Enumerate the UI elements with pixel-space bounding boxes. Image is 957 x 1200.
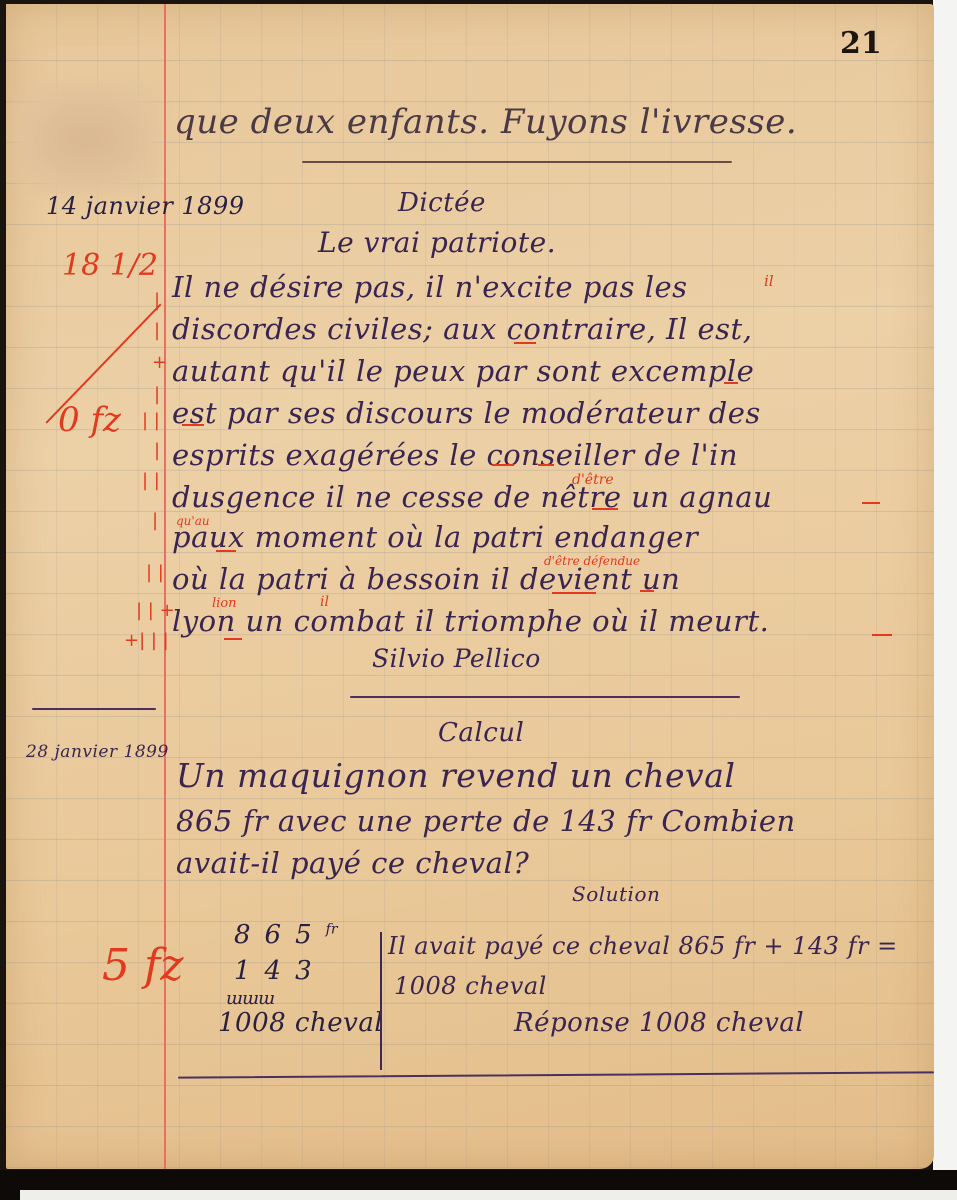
dictee-title: Le vrai patriote. <box>318 226 556 259</box>
margin-tally: | <box>154 442 160 460</box>
correction-il-2: il <box>320 594 329 610</box>
calcul-grade: 5 fz <box>102 940 183 991</box>
problem-line-2: 865 fr avec une perte de 143 fr Combien <box>176 804 796 838</box>
correction-lion: lion <box>212 596 237 611</box>
solution-line-2: 1008 cheval <box>394 972 547 1000</box>
error-mark <box>538 464 554 466</box>
page-number: 21 <box>840 26 882 61</box>
correction-il: il <box>764 272 774 290</box>
carryover-line: que deux enfants. Fuyons l'ivresse. <box>174 102 797 142</box>
dictee-line-3: autant qu'il le peux par sont excemple <box>172 354 754 388</box>
margin-tally: | | <box>146 564 164 582</box>
scan-background-strip <box>933 0 957 1200</box>
margin-tally: +| | | <box>124 632 169 650</box>
margin-tally: | <box>154 322 160 340</box>
correction-detre-defendue: d'être défendue <box>544 554 640 568</box>
notebook-page: 21 que deux enfants. Fuyons l'ivresse. 1… <box>6 4 934 1169</box>
error-mark <box>492 464 514 466</box>
error-mark <box>552 592 596 594</box>
dictee-line-7: paux moment où la patri endanger <box>172 520 698 554</box>
correction-quau: qu'au <box>176 514 210 528</box>
solution-line-1: Il avait payé ce cheval 865 fr + 143 fr … <box>388 932 898 960</box>
section-divider <box>302 161 732 163</box>
dictee-line-4: est par ses discours le modérateur des <box>172 396 761 430</box>
dictee-date: 14 janvier 1899 <box>46 192 245 220</box>
dictee-line-1: Il ne désire pas, il n'excite pas les <box>172 270 688 304</box>
solution-separator <box>380 932 382 1070</box>
digit: 6 <box>265 920 296 950</box>
margin-tally: | <box>154 386 160 404</box>
error-mark <box>872 634 892 636</box>
error-mark <box>224 638 242 640</box>
unit: fr <box>326 921 338 937</box>
calcul-date: 28 janvier 1899 <box>26 742 169 762</box>
dictee-grade: 18 1/2 <box>62 248 158 283</box>
dictee-line-5: esprits exagérées le conseiller de l'in <box>172 438 738 472</box>
error-mark <box>592 508 618 510</box>
dictee-line-6: dusgence il ne cesse de nêtre un agnau <box>172 480 772 514</box>
margin-tally: + <box>152 354 167 372</box>
problem-line-3: avait-il payé ce cheval? <box>176 846 529 880</box>
solution-heading: Solution <box>572 882 660 906</box>
margin-tally: | <box>154 292 160 310</box>
digit: 5 <box>295 920 326 950</box>
scan-background-bottom <box>20 1190 957 1200</box>
error-mark <box>182 424 204 426</box>
dictee-author: Silvio Pellico <box>372 644 541 673</box>
redacted-area <box>14 84 159 194</box>
digit: 8 <box>234 920 265 950</box>
error-mark <box>862 502 880 504</box>
error-mark <box>724 382 738 384</box>
error-mark <box>640 590 654 592</box>
digit: 1 <box>234 956 265 986</box>
sum-line: ɯɯɯ <box>226 988 274 1009</box>
computation-result: 1008 cheval <box>218 1008 383 1038</box>
margin-tally: | | <box>142 472 160 490</box>
digit: 3 <box>295 956 326 986</box>
correction-detre: d'être <box>572 472 614 488</box>
dictee-grade-secondary: 0 fz <box>58 400 121 440</box>
dictee-heading: Dictée <box>398 188 486 218</box>
date-divider <box>32 708 156 710</box>
operand-2: 143 <box>234 956 326 986</box>
error-mark <box>514 342 536 344</box>
problem-line-1: Un maquignon revend un cheval <box>176 756 735 795</box>
section-divider <box>350 696 740 698</box>
operand-1: 865fr <box>234 920 338 950</box>
margin-tally: | | + <box>136 602 175 620</box>
digit: 4 <box>265 956 296 986</box>
calcul-heading: Calcul <box>438 718 524 748</box>
margin-tally: | | <box>142 412 160 430</box>
dictee-line-2: discordes civiles; aux contraire, Il est… <box>172 312 752 346</box>
answer-line: Réponse 1008 cheval <box>514 1008 804 1038</box>
error-mark <box>216 550 236 552</box>
dictee-line-9: lyon un combat il triomphe où il meurt. <box>172 604 769 638</box>
margin-line <box>164 4 166 1169</box>
margin-tally: | <box>152 512 158 530</box>
